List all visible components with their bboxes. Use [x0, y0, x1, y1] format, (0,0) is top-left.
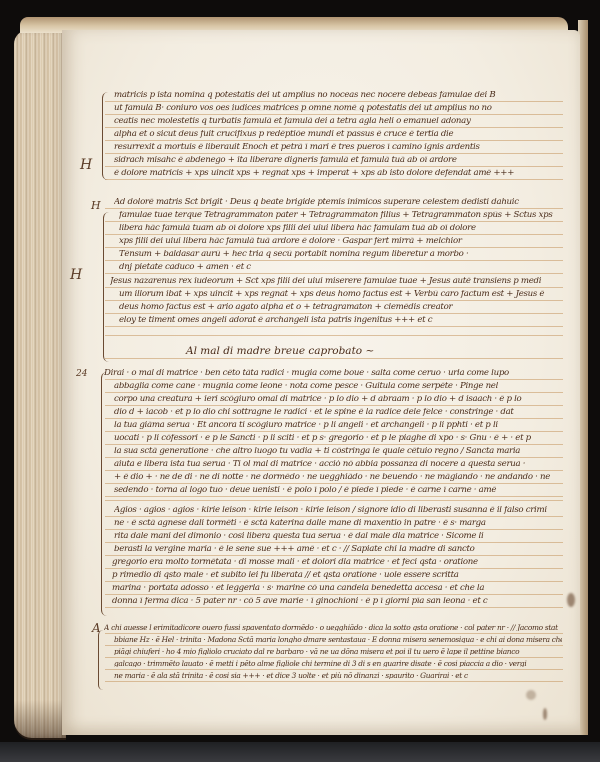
- ruled-line: [105, 101, 563, 102]
- margin-number: 24: [76, 370, 87, 379]
- ruled-line: [105, 568, 563, 569]
- text-line: sidrach misahc ē abdenego + ita liberare…: [114, 156, 544, 165]
- text-line: galcago · trimmēto lauato · ē metti i pē…: [114, 660, 562, 667]
- ruled-line: [105, 335, 563, 336]
- margin-bracket: [103, 212, 110, 362]
- margin-mark: H: [80, 158, 92, 172]
- ruled-line: [105, 669, 563, 670]
- ruled-line: [105, 379, 563, 380]
- ruled-line: [105, 234, 563, 235]
- ruled-line: [105, 645, 563, 646]
- ruled-line: [105, 483, 563, 484]
- text-line: la tua giāma serua · Et ancora ti scōgiu…: [114, 421, 559, 430]
- text-line: rita dale mani del dimonio · cosi libera…: [114, 532, 559, 541]
- ruled-line: [105, 496, 563, 497]
- ruled-line: [105, 457, 563, 458]
- text-line: ceatis nec molestetis q turbatis famulā …: [114, 117, 544, 126]
- ruled-line: [105, 418, 563, 419]
- text-line: la sua sctā generatione · che altro luog…: [114, 447, 559, 456]
- ruled-line: [105, 313, 563, 314]
- ruled-line: [105, 273, 563, 274]
- margin-bracket: [102, 92, 109, 180]
- ruled-line: [105, 594, 563, 595]
- text-line: famulae tuae terque Tetragrammaton pater…: [119, 211, 554, 220]
- text-line: um illorum ibat + xps uincit + xps regna…: [119, 290, 555, 299]
- text-line: berasti la vergine maria · ē le sene sue…: [114, 545, 559, 554]
- ruled-line: [105, 140, 563, 141]
- text-line: Ad dolorē matris Sct brigit · Deus q bea…: [114, 198, 554, 207]
- ruled-line: [105, 153, 563, 154]
- text-line: xps filii dei uiui libera hāc famulā tuā…: [119, 237, 554, 246]
- text-line: deus homo factus est + ario agato alpha …: [119, 303, 555, 312]
- text-line: ut famulā B· coniuro vos oes iudices mat…: [114, 104, 544, 113]
- text-line: Tēnsum + baldasar aurū + hec tria q secū…: [119, 250, 554, 259]
- text-line: alpha et o sicut deus fuit crucifixus p …: [114, 130, 544, 139]
- ruled-line: [105, 247, 563, 248]
- ruled-line: [105, 607, 563, 608]
- page-fore-edge-shadow: [14, 700, 66, 740]
- text-line: matricis p ista nomina q potestatis dei …: [114, 91, 544, 100]
- ruled-line: [105, 208, 563, 209]
- text-line: dio d + iacob · et p lo dio chi sottragn…: [114, 408, 559, 417]
- ruled-line: [105, 179, 563, 180]
- text-line: + ē dio + · ne de di · ne di notte · ne …: [114, 473, 559, 482]
- text-line: ne maria · ē ala stā trinita · ē cosi si…: [114, 672, 562, 679]
- ruled-line: [105, 444, 563, 445]
- ruled-line: [105, 221, 563, 222]
- text-line: Dirai · o mal di matrice · ben cēto tāta…: [104, 369, 559, 378]
- ruled-line: [105, 431, 563, 432]
- ruled-line: [105, 500, 563, 501]
- text-line: uocati · p li cōfessori · e p le Sancti …: [114, 434, 559, 443]
- ink-blot: [526, 690, 536, 700]
- table-surface: [0, 742, 600, 762]
- text-line: Jesus nazarenus rex iudeorum + Sct xps f…: [110, 277, 555, 286]
- text-line: bbiane Hz · ē Hel · trinita · Madona Sct…: [114, 636, 562, 643]
- text-line: donna ī ferma dica · 5 pater nr · cō 5 a…: [112, 597, 562, 606]
- text-line: abbaglia come cane · mugnia come leone ·…: [114, 382, 559, 391]
- text-line: eloy te timent omes angeli adorat ē arch…: [119, 316, 555, 325]
- ruled-line: [105, 166, 563, 167]
- ruled-line: [105, 300, 563, 301]
- text-line: corpo una creatura + ieri scōgiuro omal …: [114, 395, 559, 404]
- section-heading: Al mal di madre breue caprobato ~: [186, 345, 374, 357]
- text-line: marina · portata adosso · et leggerla · …: [112, 584, 559, 593]
- text-line: gregorio era molto tormētata · di mosse …: [112, 558, 559, 567]
- margin-bracket: [98, 630, 103, 690]
- ruled-line: [105, 657, 563, 658]
- ruled-line: [105, 127, 563, 128]
- ruled-line: [105, 405, 563, 406]
- margin-mark: H: [91, 200, 101, 211]
- text-line: dnj pietate caduco + amen · et c: [119, 263, 554, 272]
- ruled-line: [105, 114, 563, 115]
- ruled-line: [105, 392, 563, 393]
- ruled-line: [105, 470, 563, 471]
- manuscript-photo: ~~~ ~~~~~~ ~~~~~~~~~~~ ~~~~~~ ~~~ H matr…: [0, 0, 600, 762]
- ruled-line: [105, 326, 563, 327]
- margin-bracket: [101, 372, 108, 616]
- ruled-line: [105, 581, 563, 582]
- text-line: p rimedio di qsto male · et subito lei f…: [112, 571, 559, 580]
- ruled-line: [105, 529, 563, 530]
- text-line: A chi auesse l erimitadicore ouero fussi…: [104, 624, 559, 631]
- text-line: Agios · agios · agios · kirie leison · k…: [114, 506, 559, 515]
- ruled-line: [105, 633, 563, 634]
- ruled-line: [105, 260, 563, 261]
- ruled-line: [105, 681, 563, 682]
- ruled-line: [105, 358, 563, 359]
- text-line: aiuta e libera ista tua serua · Ti ol ma…: [114, 460, 559, 469]
- ruled-line: [105, 516, 563, 517]
- text-line: libera hāc famulā tuam ab oī dolore xps …: [119, 224, 554, 233]
- text-line: ne · ē sctā agnese dali tormēti · ē sctā…: [114, 519, 559, 528]
- text-line: ē dolore matricis + xps uincit xps + reg…: [114, 169, 554, 178]
- text-line: piāgi chiuferi · ho 4 mio figliolo cruci…: [114, 648, 562, 655]
- page-fore-edge: [14, 30, 66, 738]
- margin-mark: H: [70, 268, 82, 282]
- ruled-line: [105, 287, 563, 288]
- ink-blot: [567, 593, 575, 607]
- ink-blot: [543, 708, 547, 720]
- ruled-line: [105, 555, 563, 556]
- text-line: resurrexit a mortuis ē liberauit Enoch e…: [114, 143, 544, 152]
- text-line: sedendo · torna al logo tuo · deue uenis…: [114, 486, 559, 495]
- ruled-line: [105, 542, 563, 543]
